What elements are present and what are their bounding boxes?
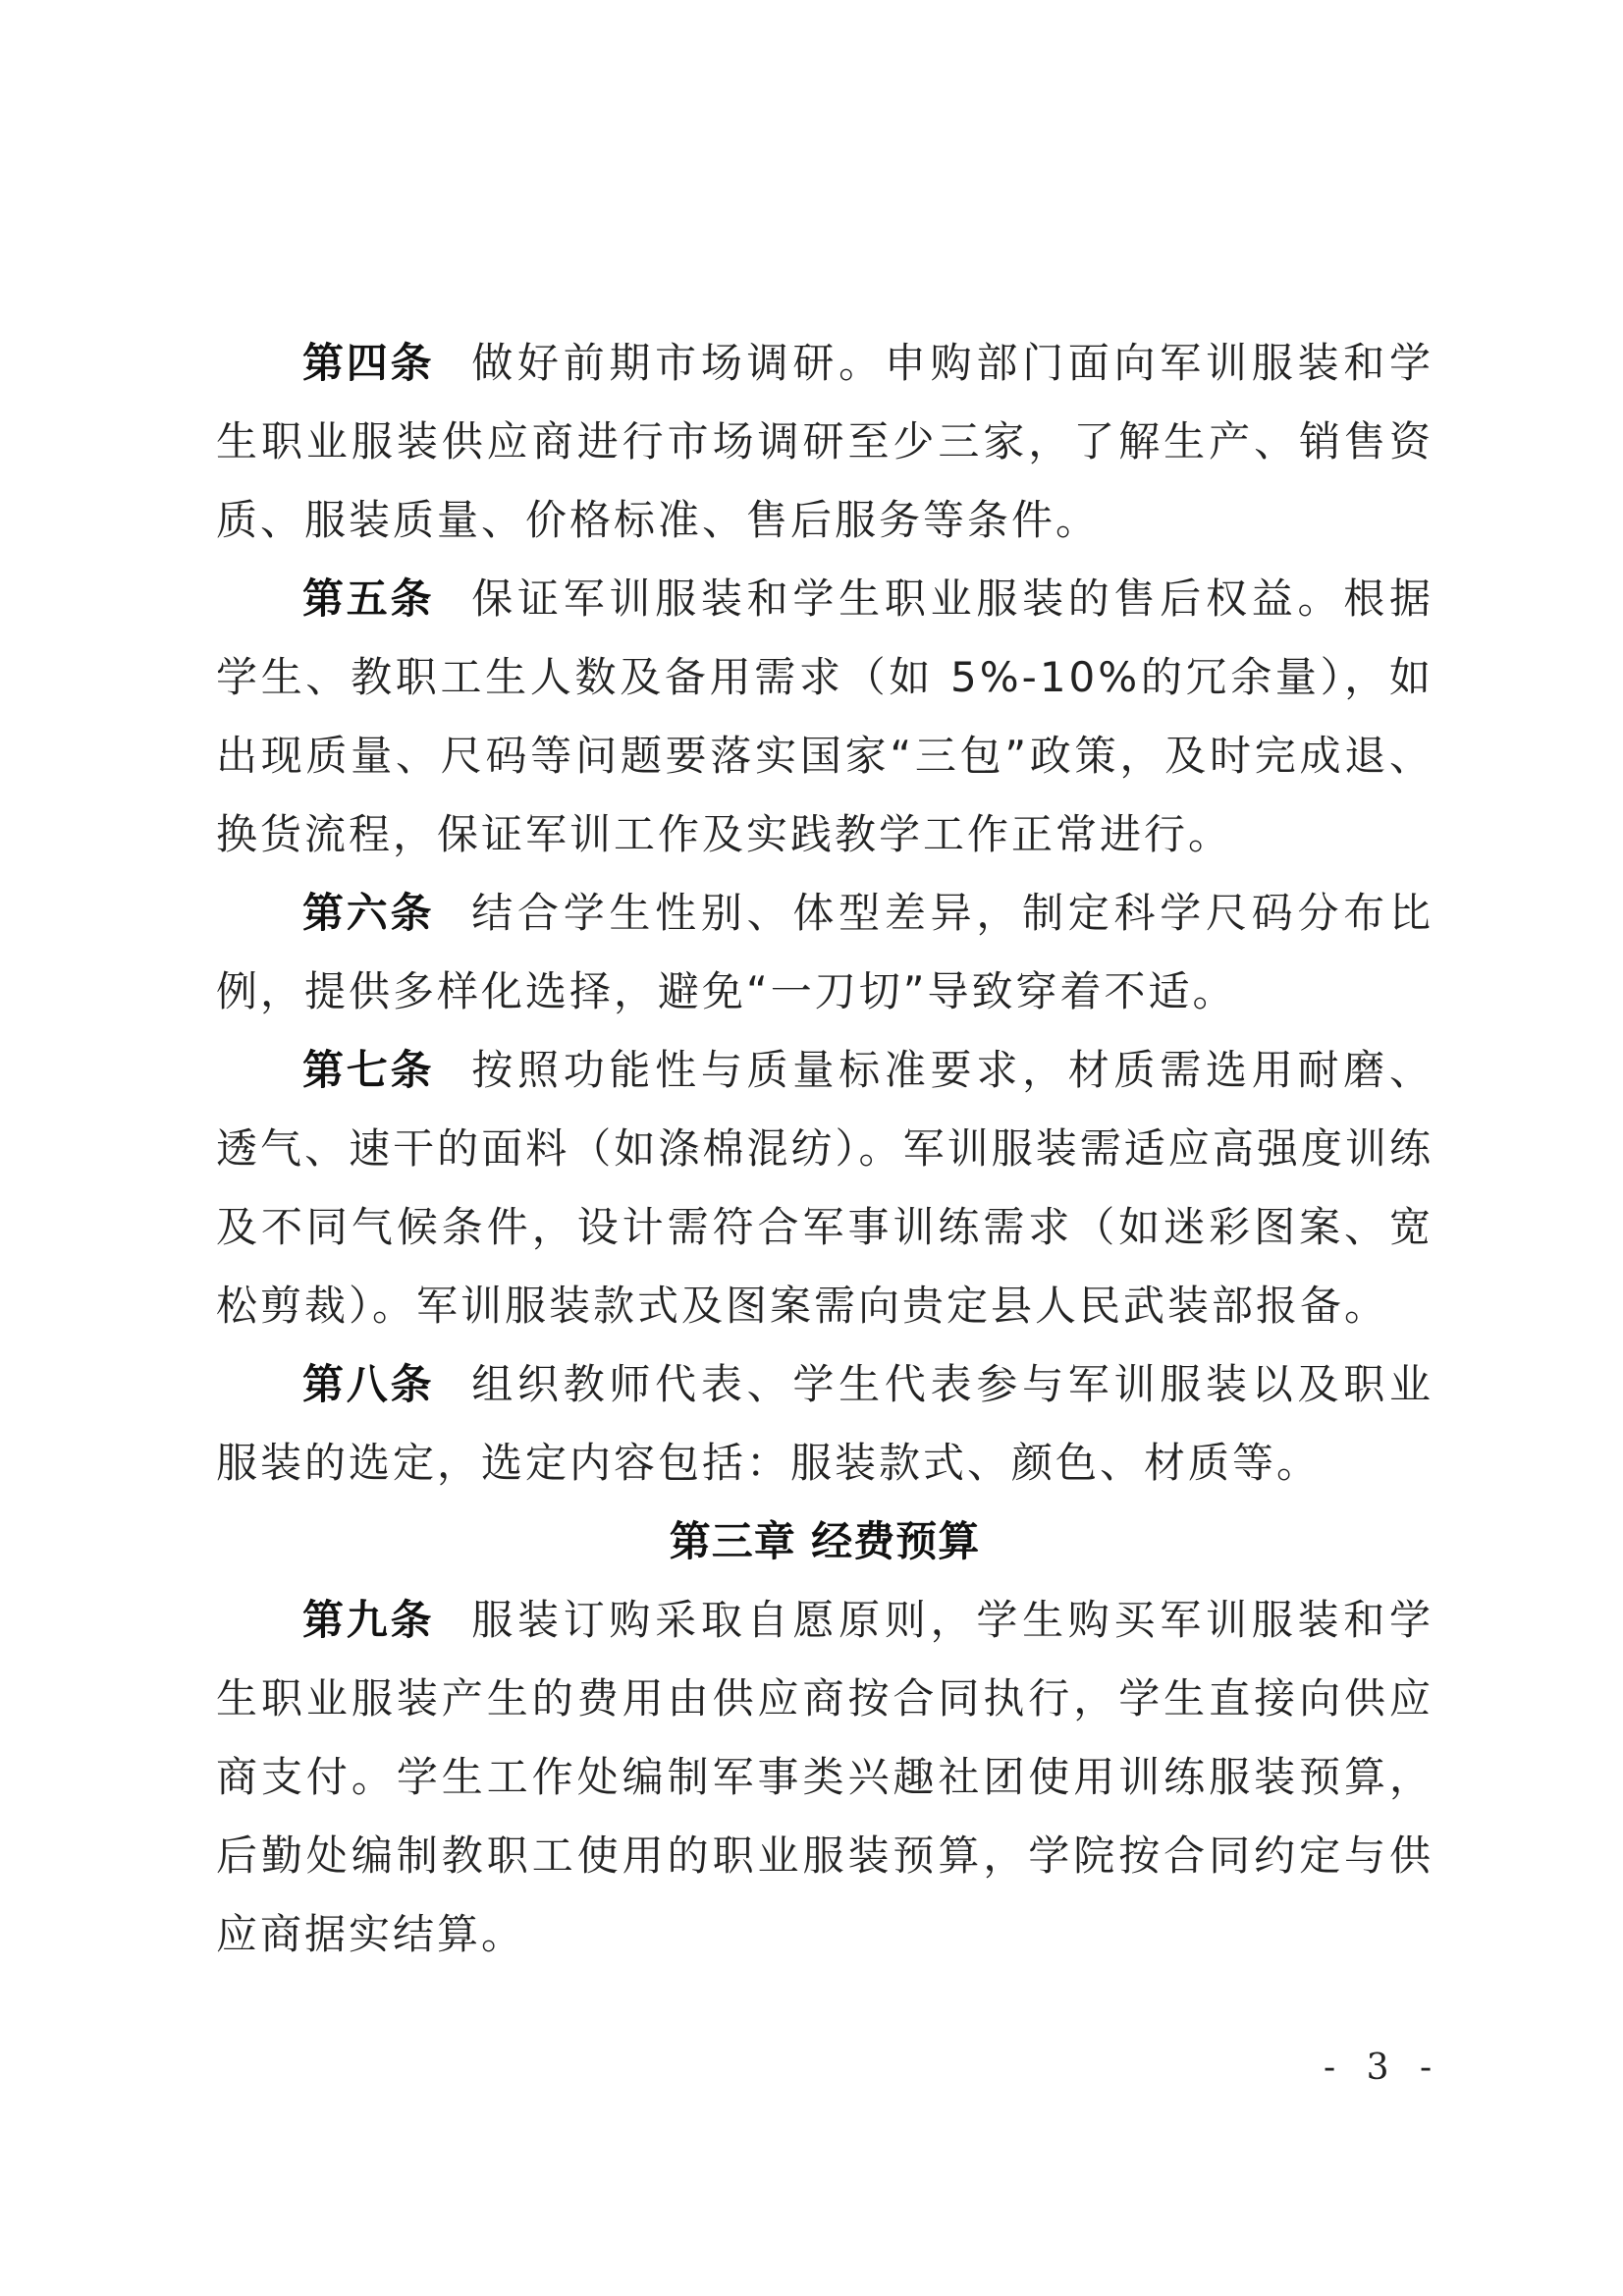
article-number: 第六条: [302, 889, 434, 937]
article-number: 第八条: [302, 1360, 434, 1408]
article-7: 第七条按照功能性与质量标准要求，材质需选用耐磨、透气、速干的面料（如涤棉混纺）。…: [216, 1031, 1434, 1345]
article-9: 第九条服装订购采取自愿原则，学生购买军训服装和学生职业服装产生的费用由供应商按合…: [216, 1581, 1434, 1974]
article-number: 第九条: [302, 1596, 434, 1644]
article-5: 第五条保证军训服装和学生职业服装的售后权益。根据学生、教职工生人数及备用需求（如…: [216, 560, 1434, 874]
document-body: 第四条做好前期市场调研。申购部门面向军训服装和学生职业服装供应商进行市场调研至少…: [216, 324, 1434, 1974]
article-6: 第六条结合学生性别、体型差异，制定科学尺码分布比例，提供多样化选择，避免“一刀切…: [216, 874, 1434, 1031]
document-page: 第四条做好前期市场调研。申购部门面向军训服装和学生职业服装供应商进行市场调研至少…: [0, 0, 1623, 2296]
article-4: 第四条做好前期市场调研。申购部门面向军训服装和学生职业服装供应商进行市场调研至少…: [216, 324, 1434, 560]
article-8: 第八条组织教师代表、学生代表参与军训服装以及职业服装的选定，选定内容包括：服装款…: [216, 1345, 1434, 1503]
page-number: - 3 -: [1324, 2048, 1441, 2088]
chapter-title: 第三章 经费预算: [216, 1503, 1434, 1581]
article-number: 第五条: [302, 574, 434, 623]
article-text: 服装订购采取自愿原则，学生购买军训服装和学生职业服装产生的费用由供应商按合同执行…: [216, 1596, 1434, 1958]
article-number: 第七条: [302, 1046, 434, 1094]
article-number: 第四条: [302, 339, 434, 387]
